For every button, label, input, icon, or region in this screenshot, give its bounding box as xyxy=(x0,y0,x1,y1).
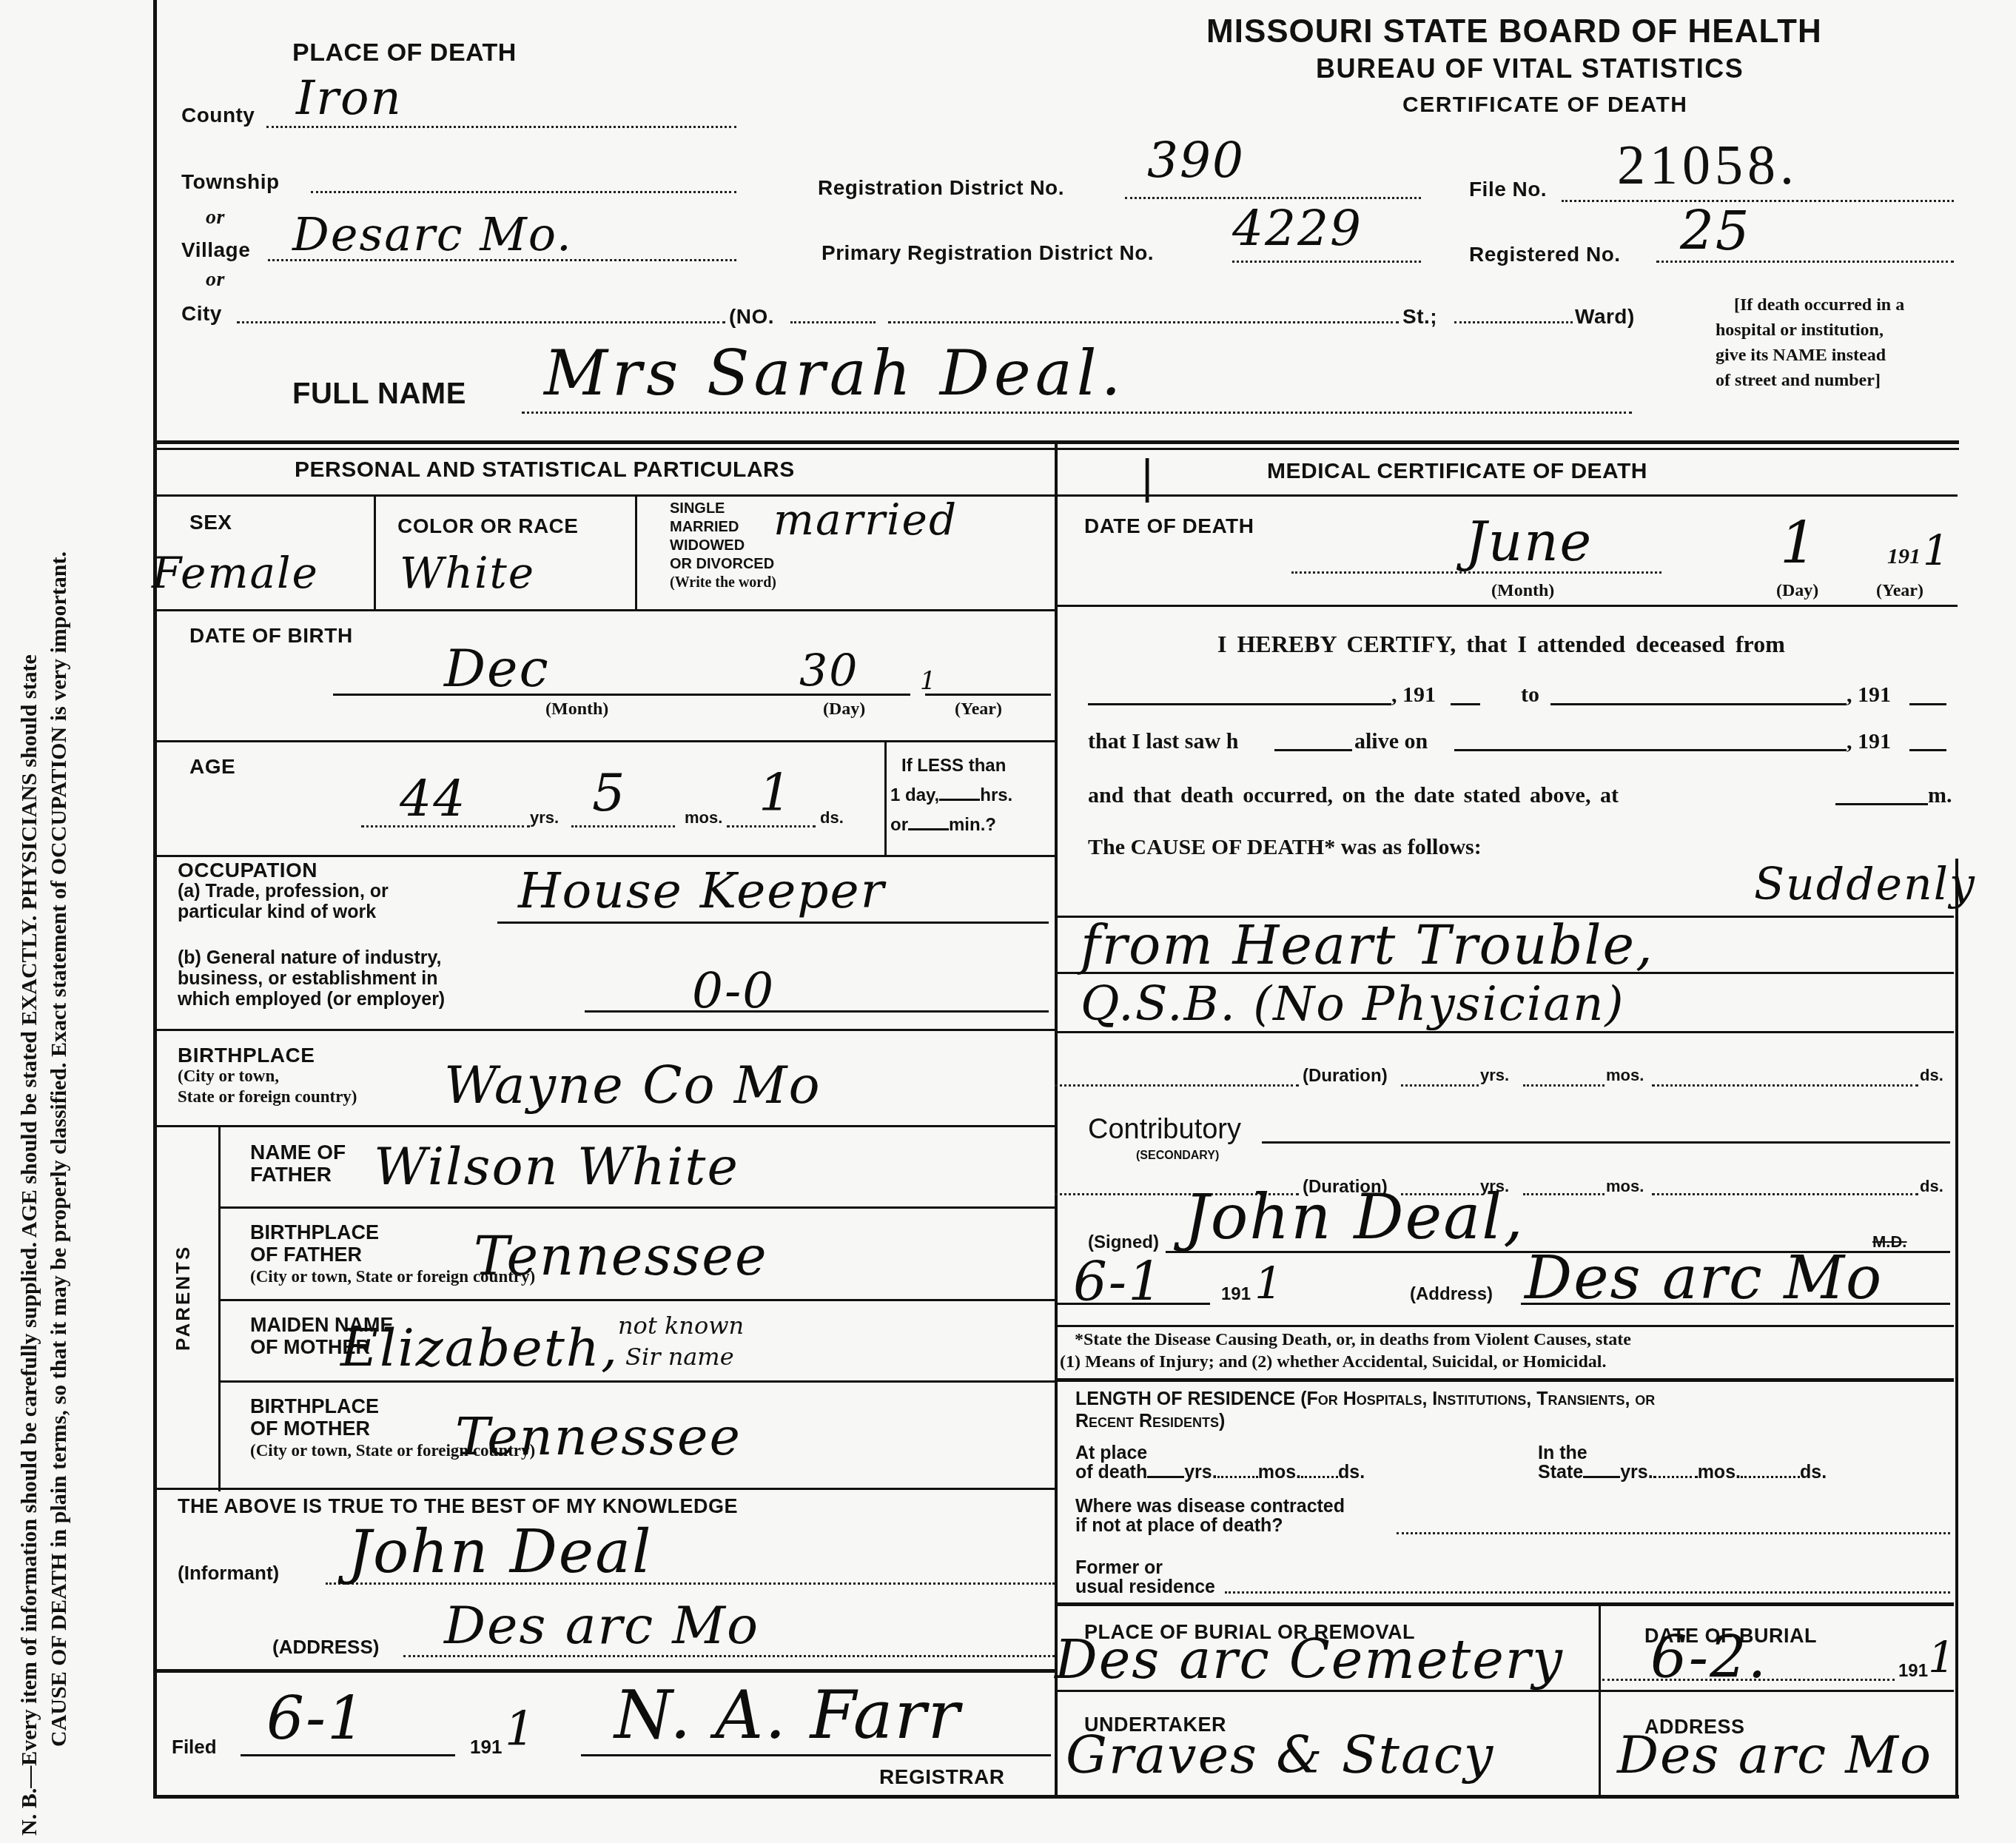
burial-date-value[interactable]: 6-2. xyxy=(1650,1625,1767,1691)
registration-district-line xyxy=(1125,197,1421,199)
burial-rule xyxy=(1055,1690,1954,1692)
alive-on-label: alive on xyxy=(1354,729,1428,754)
residence-rule xyxy=(1055,1602,1954,1606)
birthplace-sublabel: (City or town, State or foreign country) xyxy=(178,1066,357,1107)
age-days-line xyxy=(727,825,816,827)
header-rule-2 xyxy=(153,448,1959,450)
burial-place-value[interactable]: Des arc Cemetery xyxy=(1055,1628,1564,1691)
ward-label: Ward) xyxy=(1575,305,1635,329)
father-name-label: NAME OF FATHER xyxy=(250,1141,346,1186)
certify-text: I HEREBY CERTIFY, that I attended deceas… xyxy=(1217,631,1785,658)
registrar-line xyxy=(581,1754,1051,1756)
township-label: Township xyxy=(181,170,280,194)
alive-on-year: , 191 xyxy=(1847,729,1891,754)
occupation-b-value[interactable]: 0-0 xyxy=(692,962,775,1019)
signed-date[interactable]: 6-1 xyxy=(1073,1251,1163,1313)
parents-divider xyxy=(218,1125,221,1491)
dod-rule xyxy=(1055,605,1958,607)
duration-ds-1: ds. xyxy=(1920,1066,1943,1085)
duration-label-1: (Duration) xyxy=(1303,1066,1388,1087)
hospital-note: [If death occurred in a hospital or inst… xyxy=(1716,292,1956,393)
filed-date[interactable]: 6-1 xyxy=(266,1684,366,1753)
signed-value[interactable]: John Deal, xyxy=(1184,1181,1525,1253)
street-line xyxy=(888,321,1399,323)
no-line xyxy=(790,321,876,323)
father-bp-rule xyxy=(218,1299,1055,1301)
full-name-label: FULL NAME xyxy=(292,377,466,411)
occupation-b-label: (b) General nature of industry, business… xyxy=(178,947,445,1010)
city-line xyxy=(237,321,725,323)
occurred-time-line xyxy=(1835,803,1928,805)
age-years-unit: yrs. xyxy=(530,808,559,827)
registrar-value[interactable]: N. A. Farr xyxy=(614,1676,961,1754)
primary-district-line xyxy=(1232,261,1421,263)
father-name-value[interactable]: Wilson White xyxy=(374,1136,739,1197)
certificate-title: CERTIFICATE OF DEATH xyxy=(1402,93,1688,118)
residence-heading: LENGTH OF RESIDENCE (For Hospitals, Inst… xyxy=(1075,1388,1655,1432)
registration-district-label: Registration District No. xyxy=(818,176,1064,200)
occupation-label: OCCUPATION xyxy=(178,859,317,882)
cause-footnote: *State the Disease Causing Death, or, in… xyxy=(1060,1329,1954,1373)
birthplace-value[interactable]: Wayne Co Mo xyxy=(444,1055,821,1115)
burial-divider xyxy=(1599,1606,1601,1795)
dob-label: DATE OF BIRTH xyxy=(189,624,353,648)
alive-on-year-line xyxy=(1909,749,1946,751)
duration-mos-line-1 xyxy=(1523,1084,1605,1087)
agency-title: MISSOURI STATE BOARD OF HEALTH xyxy=(1206,13,1822,50)
footnote-rule xyxy=(1055,1378,1954,1382)
primary-district-value[interactable]: 4229 xyxy=(1232,200,1363,257)
mother-birthplace-value[interactable]: Tennessee xyxy=(455,1406,742,1467)
village-label: Village xyxy=(181,238,250,262)
filed-line xyxy=(241,1754,455,1756)
race-divider xyxy=(635,494,637,609)
attended-to-year: , 191 xyxy=(1847,682,1891,708)
st-label: St.; xyxy=(1402,305,1437,329)
duration-mos-line-2 xyxy=(1523,1193,1605,1195)
dob-day-caption: (Day) xyxy=(823,699,865,719)
birthplace-label: BIRTHPLACE xyxy=(178,1044,315,1067)
or-label-1: or xyxy=(206,206,225,229)
medical-heading-rule xyxy=(1055,494,1958,497)
file-no-line xyxy=(1562,200,1954,202)
age-label: AGE xyxy=(189,755,235,779)
informant-label: (Informant) xyxy=(178,1562,279,1585)
marital-rule xyxy=(153,609,1055,611)
mother-name-note[interactable]: not known Sir name xyxy=(618,1310,744,1372)
dod-day-caption: (Day) xyxy=(1776,581,1818,601)
filed-year-prefix: 191 xyxy=(470,1736,502,1759)
father-rule xyxy=(218,1206,1055,1209)
medical-heading: MEDICAL CERTIFICATE OF DEATH xyxy=(1267,459,1647,484)
mother-rule xyxy=(218,1380,1055,1383)
attended-to-label: to xyxy=(1521,682,1539,708)
county-label: County xyxy=(181,104,255,127)
center-divider xyxy=(1055,444,1058,1799)
undertaker-value[interactable]: Graves & Stacy xyxy=(1066,1725,1494,1785)
less-than-box: If LESS than 1 day,hrs. ormin.? xyxy=(890,751,1012,840)
in-state-label: In the Stateyrs.mos.ds. xyxy=(1538,1443,1827,1482)
signed-year[interactable]: 1 xyxy=(1254,1258,1284,1310)
ward-line xyxy=(1454,321,1573,323)
county-value[interactable]: Iron xyxy=(296,71,403,126)
dob-month[interactable]: Dec xyxy=(444,638,550,699)
duration-ds-2: ds. xyxy=(1920,1177,1943,1196)
occurred-m: m. xyxy=(1928,783,1952,808)
father-birthplace-value[interactable]: Tennessee xyxy=(474,1225,768,1287)
occupation-rule xyxy=(153,1029,1055,1031)
city-label: City xyxy=(181,302,222,326)
signed-year-prefix: 191 xyxy=(1221,1284,1251,1305)
mother-bp-rule xyxy=(153,1488,1055,1490)
at-place-label: At place of deathyrs.mos.ds. xyxy=(1075,1443,1365,1482)
registered-no-value[interactable]: 25 xyxy=(1680,200,1751,262)
parents-label: PARENTS xyxy=(172,1245,195,1351)
marital-labels: SINGLE MARRIED WIDOWED OR DIVORCED (Writ… xyxy=(670,500,776,592)
bureau-title: BUREAU OF VITAL STATISTICS xyxy=(1316,53,1744,84)
occupation-a-line xyxy=(497,921,1049,924)
duration-yrs-line-1 xyxy=(1401,1084,1479,1087)
dod-day[interactable]: 1 xyxy=(1780,511,1818,577)
registered-no-label: Registered No. xyxy=(1469,243,1621,266)
knowledge-statement: THE ABOVE IS TRUE TO THE BEST OF MY KNOW… xyxy=(178,1495,738,1518)
filed-year[interactable]: 1 xyxy=(505,1702,537,1757)
duration-mos-1: mos. xyxy=(1606,1066,1644,1085)
birthplace-rule xyxy=(153,1125,1055,1127)
duration-yrs-1: yrs. xyxy=(1480,1066,1509,1085)
age-rule xyxy=(153,855,1055,857)
primary-district-label: Primary Registration District No. xyxy=(821,241,1154,265)
address-label: (ADDRESS) xyxy=(272,1636,379,1659)
address-value[interactable]: Des arc Mo xyxy=(444,1595,759,1656)
filed-label: Filed xyxy=(172,1736,217,1759)
dod-label: DATE OF DEATH xyxy=(1084,514,1254,538)
occupation-b-line xyxy=(585,1010,1049,1013)
dod-year-caption: (Year) xyxy=(1876,581,1923,601)
duration-ds-line-1 xyxy=(1652,1084,1918,1087)
full-name-line xyxy=(522,412,1632,414)
age-years-value[interactable]: 44 xyxy=(400,770,467,828)
township-line xyxy=(311,191,736,193)
attended-to-year-line xyxy=(1909,703,1946,705)
occupation-a-value[interactable]: House Keeper xyxy=(518,862,885,919)
informant-value[interactable]: John Deal xyxy=(348,1517,652,1586)
sex-divider xyxy=(374,494,376,609)
signed-address-value[interactable]: Des arc Mo xyxy=(1525,1243,1883,1312)
signed-label: (Signed) xyxy=(1088,1232,1159,1253)
dod-month[interactable]: June xyxy=(1465,511,1593,573)
dod-year[interactable]: 1 xyxy=(1923,527,1951,575)
file-no-label: File No. xyxy=(1469,178,1547,201)
dob-year[interactable]: 1 xyxy=(920,666,938,696)
signed-address-label: (Address) xyxy=(1410,1284,1493,1305)
contracted-label: Where was disease contracted if not at p… xyxy=(1075,1497,1345,1535)
occupation-a-label: (a) Trade, profession, or particular kin… xyxy=(178,881,389,922)
full-name-value[interactable]: Mrs Sarah Deal. xyxy=(544,337,1125,409)
registrar-label: REGISTRAR xyxy=(879,1765,1004,1789)
bottom-rule xyxy=(153,1795,1959,1799)
dob-rule xyxy=(153,740,1055,742)
former-residence-line xyxy=(1225,1591,1950,1594)
contributory-line xyxy=(1262,1141,1950,1144)
age-days-unit: ds. xyxy=(820,808,844,827)
burial-address-value[interactable]: Des arc Mo xyxy=(1617,1725,1932,1785)
burial-year-value[interactable]: 1 xyxy=(1928,1632,1957,1682)
no-label: (NO. xyxy=(729,305,774,329)
registration-district-value[interactable]: 390 xyxy=(1147,132,1245,189)
sex-value[interactable]: Female xyxy=(152,548,319,598)
form-left-border xyxy=(153,0,157,1799)
former-residence-label: Former or usual residence xyxy=(1075,1558,1215,1597)
attended-to-line xyxy=(1550,703,1847,705)
dod-year-prefix: 191 xyxy=(1887,544,1921,569)
cause-value-3[interactable]: Q.S.B. (No Physician) xyxy=(1081,977,1625,1032)
last-saw-line xyxy=(1274,749,1352,751)
place-of-death-heading: PLACE OF DEATH xyxy=(292,38,517,67)
last-saw-label: that I last saw h xyxy=(1088,729,1238,754)
contracted-line xyxy=(1397,1532,1950,1534)
age-days-value[interactable]: 1 xyxy=(759,762,793,823)
attended-from-year: , 191 xyxy=(1391,682,1436,708)
age-months-unit: mos. xyxy=(685,808,722,827)
attended-from-year-line xyxy=(1451,703,1480,705)
duration-mos-2: mos. xyxy=(1606,1177,1644,1196)
informant-rule xyxy=(153,1669,1055,1673)
or-label-2: or xyxy=(206,268,225,292)
alive-on-line xyxy=(1454,749,1847,751)
occurred-label: and that death occurred, on the date sta… xyxy=(1088,783,1619,808)
side-note-line-1: N. B.—Every item of information should b… xyxy=(15,503,44,1836)
less-than-divider xyxy=(884,740,887,855)
dob-day[interactable]: 30 xyxy=(799,645,859,697)
header-rule xyxy=(153,440,1959,444)
secondary-label: (SECONDARY) xyxy=(1136,1149,1219,1163)
personal-heading: PERSONAL AND STATISTICAL PARTICULARS xyxy=(295,457,795,483)
age-months-value[interactable]: 5 xyxy=(592,762,627,823)
dob-month-caption: (Month) xyxy=(545,699,608,719)
dob-year-line xyxy=(925,694,1051,696)
dob-year-caption: (Year) xyxy=(955,699,1002,719)
file-no-value[interactable]: 21058. xyxy=(1617,133,1798,198)
county-line xyxy=(266,126,736,128)
village-value[interactable]: Desarc Mo. xyxy=(292,207,573,261)
burial-year-prefix: 191 xyxy=(1898,1661,1928,1682)
cause-value-1[interactable]: Suddenly xyxy=(1754,859,1976,910)
marital-value[interactable]: married xyxy=(773,494,958,545)
cause-label: The CAUSE OF DEATH* was as follows: xyxy=(1088,835,1482,860)
duration-line-1 xyxy=(1055,1084,1299,1087)
attended-from-line xyxy=(1088,703,1391,705)
age-months-line xyxy=(571,825,675,827)
race-value[interactable]: White xyxy=(400,548,535,598)
mother-name-value[interactable]: Elizabeth, xyxy=(340,1317,619,1378)
sex-label: SEX xyxy=(189,511,232,534)
side-note-line-2: CAUSE OF DEATH in plain terms, so that i… xyxy=(44,503,74,1836)
dod-month-caption: (Month) xyxy=(1491,581,1554,601)
cause-value-2[interactable]: from Heart Trouble, xyxy=(1081,914,1654,976)
duration-ds-line-2 xyxy=(1652,1193,1918,1195)
side-note: N. B.—Every item of information should b… xyxy=(15,503,74,1836)
contributory-label: Contributory xyxy=(1088,1114,1241,1146)
race-label: COLOR OR RACE xyxy=(397,514,579,538)
signed-rule xyxy=(1055,1325,1954,1327)
